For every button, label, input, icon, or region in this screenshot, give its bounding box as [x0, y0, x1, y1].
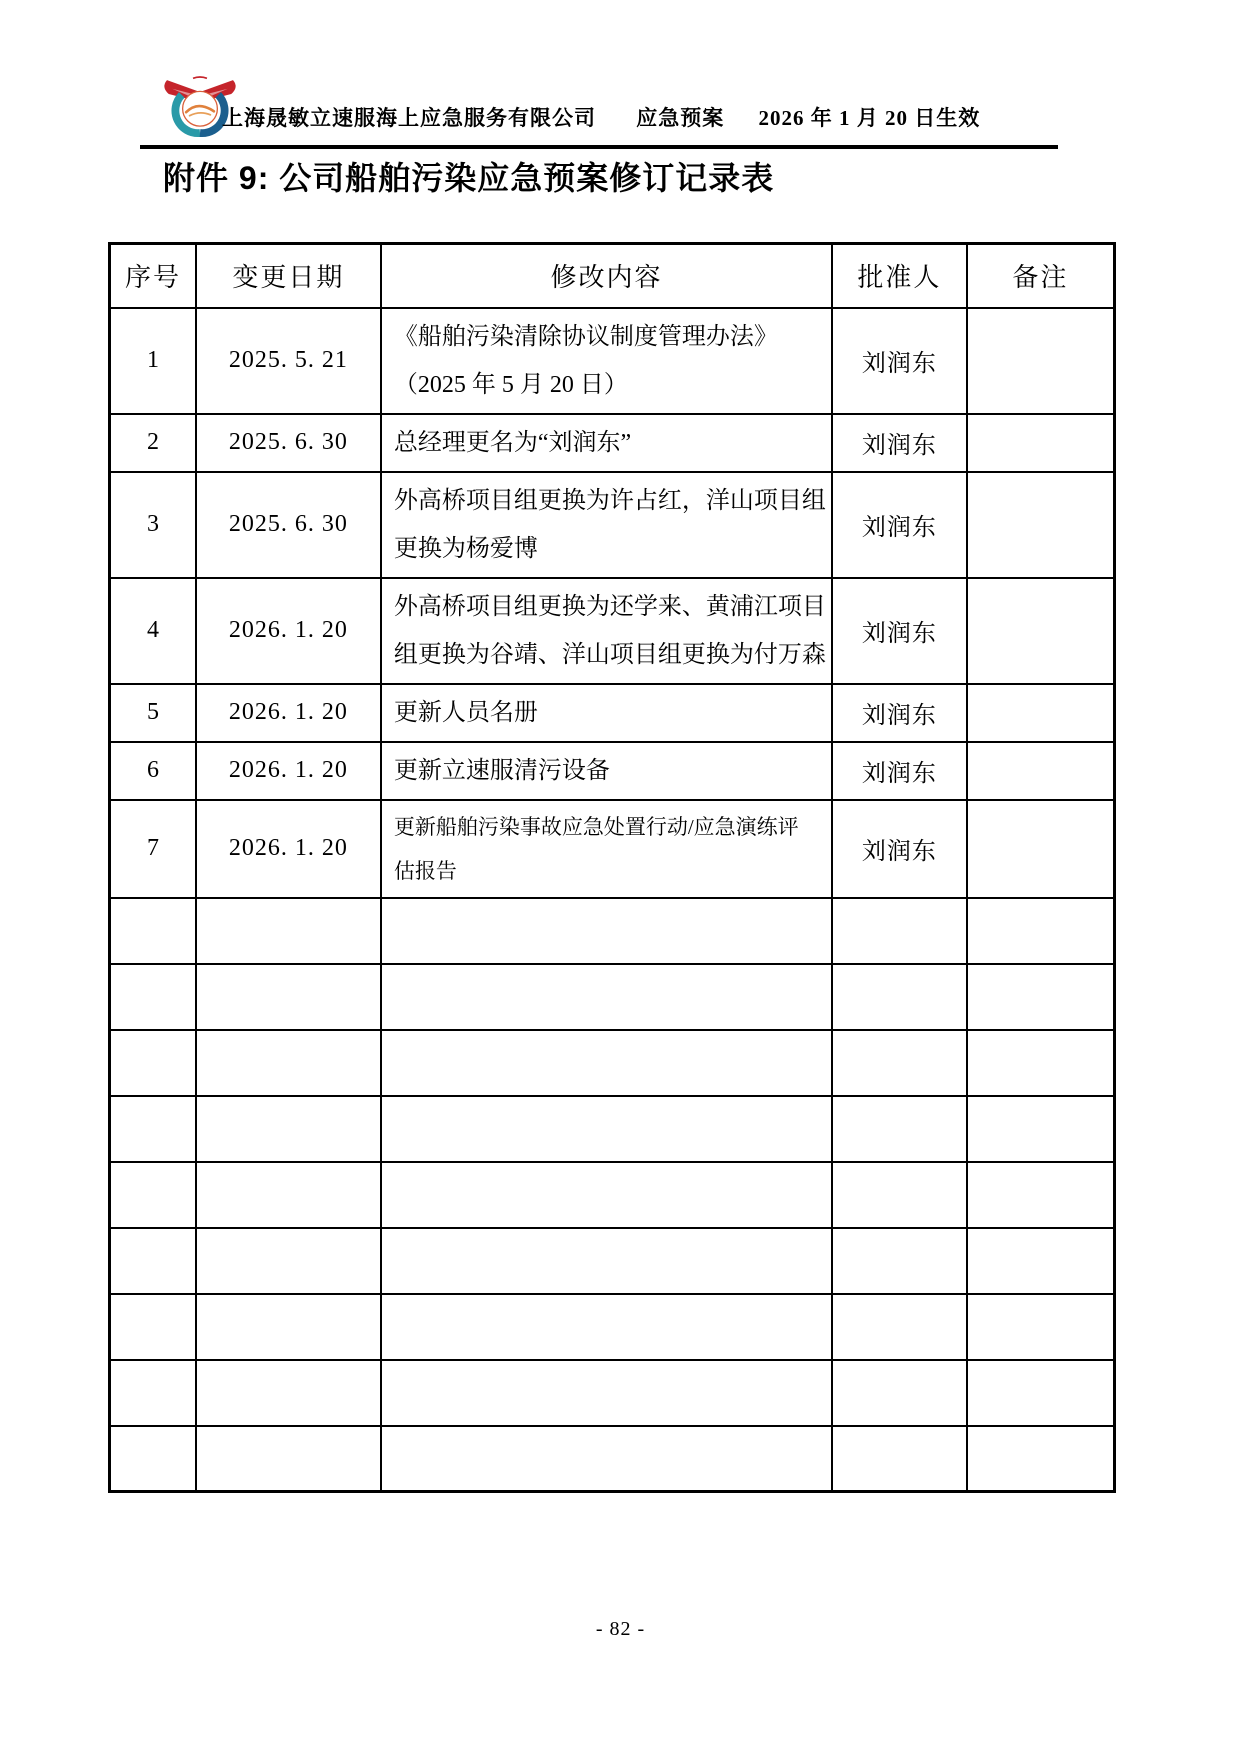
revision-row-5: 52026. 1. 20更新人员名册刘润东 [110, 684, 1115, 742]
empty-row-3 [110, 1030, 1115, 1096]
cell-seq-4: 4 [110, 578, 196, 684]
page-number: - 82 - [0, 1618, 1241, 1641]
cell-content-1: 《船舶污染清除协议制度管理办法》（2025 年 5 月 20 日） [381, 308, 832, 414]
content-line: 组更换为谷靖、洋山项目组更换为付万森 [394, 631, 821, 679]
header-doc-type: 应急预案 [636, 106, 724, 130]
revision-row-7: 72026. 1. 20更新船舶污染事故应急处置行动/应急演练评估报告刘润东 [110, 800, 1115, 898]
empty-cell [196, 1360, 381, 1426]
empty-cell [110, 964, 196, 1030]
cell-date-3: 2025. 6. 30 [196, 472, 381, 578]
document-page: 上海晟敏立速服海上应急服务有限公司 应急预案 2026 年 1 月 20 日生效… [0, 0, 1241, 1754]
revision-row-2: 22025. 6. 30总经理更名为“刘润东”刘润东 [110, 414, 1115, 472]
revision-row-4: 42026. 1. 20外高桥项目组更换为还学来、黄浦江项目组更换为谷靖、洋山项… [110, 578, 1115, 684]
column-header-1: 变更日期 [196, 244, 381, 308]
revision-record-table: 序号变更日期修改内容批准人备注 12025. 5. 21《船舶污染清除协议制度管… [108, 242, 1116, 1493]
header-divider-rule [140, 145, 1058, 149]
page-header: 上海晟敏立速服海上应急服务有限公司 应急预案 2026 年 1 月 20 日生效 [222, 102, 980, 132]
cell-content-6: 更新立速服清污设备 [381, 742, 832, 800]
empty-cell [967, 1360, 1115, 1426]
empty-cell [196, 964, 381, 1030]
empty-row-5 [110, 1162, 1115, 1228]
empty-cell [381, 1228, 832, 1294]
empty-cell [196, 1426, 381, 1492]
header-company-name: 上海晟敏立速服海上应急服务有限公司 [222, 106, 596, 130]
column-header-2: 修改内容 [381, 244, 832, 308]
empty-cell [110, 1360, 196, 1426]
cell-content-4: 外高桥项目组更换为还学来、黄浦江项目组更换为谷靖、洋山项目组更换为付万森 [381, 578, 832, 684]
cell-date-1: 2025. 5. 21 [196, 308, 381, 414]
cell-date-7: 2026. 1. 20 [196, 800, 381, 898]
empty-cell [832, 898, 967, 964]
table-body: 12025. 5. 21《船舶污染清除协议制度管理办法》（2025 年 5 月 … [110, 308, 1115, 1492]
empty-row-6 [110, 1228, 1115, 1294]
revision-row-3: 32025. 6. 30外高桥项目组更换为许占红，洋山项目组更换为杨爱博刘润东 [110, 472, 1115, 578]
cell-remark-1 [967, 308, 1115, 414]
cell-remark-3 [967, 472, 1115, 578]
cell-seq-3: 3 [110, 472, 196, 578]
column-header-0: 序号 [110, 244, 196, 308]
cell-remark-2 [967, 414, 1115, 472]
cell-date-5: 2026. 1. 20 [196, 684, 381, 742]
empty-cell [381, 1294, 832, 1360]
table-header-row: 序号变更日期修改内容批准人备注 [110, 244, 1115, 308]
empty-cell [967, 1096, 1115, 1162]
content-line: 更新船舶污染事故应急处置行动/应急演练评 [394, 805, 821, 849]
empty-cell [110, 1030, 196, 1096]
empty-cell [832, 1426, 967, 1492]
content-line: 外高桥项目组更换为还学来、黄浦江项目 [394, 583, 821, 631]
cell-approver-4: 刘润东 [832, 578, 967, 684]
empty-cell [967, 1162, 1115, 1228]
empty-cell [196, 1228, 381, 1294]
empty-cell [832, 1228, 967, 1294]
empty-row-4 [110, 1096, 1115, 1162]
empty-cell [196, 1030, 381, 1096]
empty-cell [110, 898, 196, 964]
empty-row-2 [110, 964, 1115, 1030]
empty-cell [381, 1096, 832, 1162]
content-line: （2025 年 5 月 20 日） [394, 361, 821, 409]
empty-row-8 [110, 1360, 1115, 1426]
empty-cell [381, 964, 832, 1030]
cell-approver-6: 刘润东 [832, 742, 967, 800]
revision-row-1: 12025. 5. 21《船舶污染清除协议制度管理办法》（2025 年 5 月 … [110, 308, 1115, 414]
content-line: 估报告 [394, 849, 821, 893]
cell-seq-6: 6 [110, 742, 196, 800]
cell-remark-5 [967, 684, 1115, 742]
content-line: 更换为杨爱博 [394, 525, 821, 573]
cell-date-4: 2026. 1. 20 [196, 578, 381, 684]
cell-seq-7: 7 [110, 800, 196, 898]
empty-cell [381, 1426, 832, 1492]
empty-cell [110, 1294, 196, 1360]
empty-row-7 [110, 1294, 1115, 1360]
cell-content-2: 总经理更名为“刘润东” [381, 414, 832, 472]
empty-cell [196, 898, 381, 964]
empty-cell [196, 1294, 381, 1360]
cell-seq-5: 5 [110, 684, 196, 742]
attachment-title: 附件 9: 公司船舶污染应急预案修订记录表 [163, 153, 774, 199]
cell-seq-2: 2 [110, 414, 196, 472]
column-header-4: 备注 [967, 244, 1115, 308]
empty-cell [967, 1228, 1115, 1294]
cell-remark-4 [967, 578, 1115, 684]
empty-cell [967, 1294, 1115, 1360]
empty-cell [381, 1030, 832, 1096]
empty-cell [967, 1030, 1115, 1096]
empty-cell [381, 898, 832, 964]
empty-cell [110, 1162, 196, 1228]
content-line: 更新立速服清污设备 [394, 747, 821, 795]
cell-approver-3: 刘润东 [832, 472, 967, 578]
cell-approver-2: 刘润东 [832, 414, 967, 472]
empty-cell [196, 1096, 381, 1162]
empty-cell [832, 1294, 967, 1360]
content-line: 《船舶污染清除协议制度管理办法》 [394, 313, 821, 361]
empty-cell [967, 964, 1115, 1030]
empty-cell [110, 1426, 196, 1492]
revision-row-6: 62026. 1. 20更新立速服清污设备刘润东 [110, 742, 1115, 800]
empty-cell [110, 1096, 196, 1162]
empty-cell [196, 1162, 381, 1228]
cell-date-6: 2026. 1. 20 [196, 742, 381, 800]
cell-remark-6 [967, 742, 1115, 800]
column-header-3: 批准人 [832, 244, 967, 308]
content-line: 外高桥项目组更换为许占红，洋山项目组 [394, 477, 821, 525]
empty-cell [110, 1228, 196, 1294]
header-effective-date: 2026 年 1 月 20 日生效 [759, 106, 981, 130]
empty-cell [967, 898, 1115, 964]
empty-cell [832, 1096, 967, 1162]
empty-cell [832, 1030, 967, 1096]
empty-cell [381, 1360, 832, 1426]
cell-approver-7: 刘润东 [832, 800, 967, 898]
empty-cell [381, 1162, 832, 1228]
cell-seq-1: 1 [110, 308, 196, 414]
cell-content-3: 外高桥项目组更换为许占红，洋山项目组更换为杨爱博 [381, 472, 832, 578]
cell-approver-1: 刘润东 [832, 308, 967, 414]
cell-remark-7 [967, 800, 1115, 898]
cell-approver-5: 刘润东 [832, 684, 967, 742]
empty-cell [832, 1360, 967, 1426]
empty-cell [832, 1162, 967, 1228]
cell-content-5: 更新人员名册 [381, 684, 832, 742]
empty-cell [832, 964, 967, 1030]
content-line: 总经理更名为“刘润东” [394, 419, 821, 467]
content-line: 更新人员名册 [394, 689, 821, 737]
empty-cell [967, 1426, 1115, 1492]
cell-content-7: 更新船舶污染事故应急处置行动/应急演练评估报告 [381, 800, 832, 898]
cell-date-2: 2025. 6. 30 [196, 414, 381, 472]
empty-row-1 [110, 898, 1115, 964]
empty-row-9 [110, 1426, 1115, 1492]
